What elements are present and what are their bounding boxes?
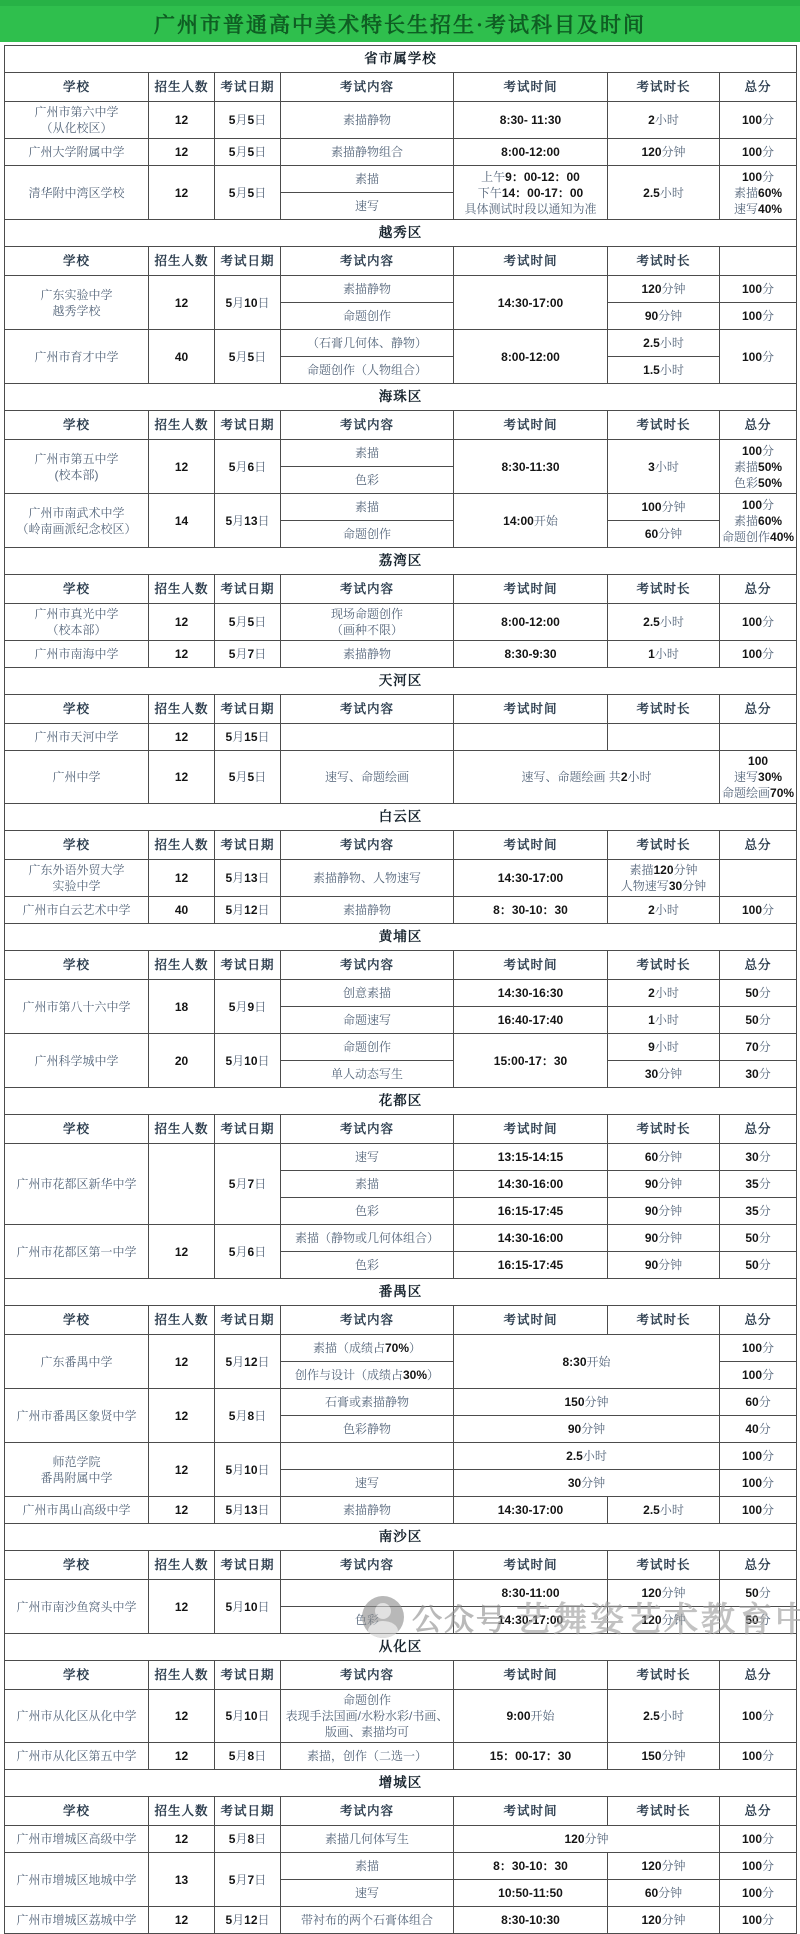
- cell: 1小时: [608, 641, 720, 668]
- column-header: 考试内容: [281, 1661, 454, 1690]
- cell: 素描: [281, 494, 454, 521]
- column-header: 考试时间: [454, 575, 608, 604]
- column-header: 考试时长: [608, 411, 720, 440]
- column-header: 考试日期: [215, 695, 281, 724]
- column-header: 考试内容: [281, 951, 454, 980]
- cell: 2.5小时: [608, 1690, 720, 1743]
- cell: 2.5小时: [608, 604, 720, 641]
- cell: 5月13日: [215, 860, 281, 897]
- cell: 12: [149, 1443, 215, 1497]
- column-header: 招生人数: [149, 1115, 215, 1144]
- table-row: 广州市第五中学 (校本部)125月6日素描8:30-11:303小时100分 素…: [5, 440, 797, 467]
- cell: 5月10日: [215, 1034, 281, 1088]
- cell: 5月10日: [215, 1443, 281, 1497]
- cell: 速写: [281, 1880, 454, 1907]
- cell: 90分钟: [608, 1198, 720, 1225]
- cell: 师范学院 番禺附属中学: [5, 1443, 149, 1497]
- column-header: 考试内容: [281, 695, 454, 724]
- cell: [720, 724, 797, 751]
- header-row: 学校招生人数考试日期考试内容考试时间考试时长总分: [5, 411, 797, 440]
- cell: 12: [149, 641, 215, 668]
- column-header: 考试日期: [215, 411, 281, 440]
- cell: 120分钟: [608, 1853, 720, 1880]
- header-row: 学校招生人数考试日期考试内容考试时间考试时长: [5, 247, 797, 276]
- cell: 14:00开始: [454, 494, 608, 548]
- column-header: 学校: [5, 575, 149, 604]
- cell: 石膏或素描静物: [281, 1389, 454, 1416]
- cell: 速写: [281, 193, 454, 220]
- cell: 40: [149, 330, 215, 384]
- cell: 100分: [720, 1470, 797, 1497]
- cell: 90分钟: [608, 303, 720, 330]
- cell: 15：00-17：30: [454, 1743, 608, 1770]
- column-header: 总分: [720, 695, 797, 724]
- cell: 14:30-17:00: [454, 276, 608, 330]
- cell: 8:00-12:00: [454, 139, 608, 166]
- column-header: 总分: [720, 1551, 797, 1580]
- cell: 素描: [281, 1171, 454, 1198]
- column-header: 考试内容: [281, 1551, 454, 1580]
- cell: 120分钟: [454, 1826, 720, 1853]
- cell: 2.5小时: [454, 1443, 720, 1470]
- column-header: 考试日期: [215, 951, 281, 980]
- cell: 12: [149, 440, 215, 494]
- cell: 创作与设计（成绩占30%）: [281, 1362, 454, 1389]
- cell: 30分钟: [454, 1470, 720, 1497]
- cell: 速写: [281, 1470, 454, 1497]
- cell: 广州市天河中学: [5, 724, 149, 751]
- column-header: 考试日期: [215, 1551, 281, 1580]
- column-header: 招生人数: [149, 831, 215, 860]
- column-header: 考试内容: [281, 1115, 454, 1144]
- column-header: 考试内容: [281, 73, 454, 102]
- column-header: 考试时长: [608, 1797, 720, 1826]
- cell: 广州市南海中学: [5, 641, 149, 668]
- header-row: 学校招生人数考试日期考试内容考试时间考试时长总分: [5, 1306, 797, 1335]
- cell: 14:30-17:00: [454, 1497, 608, 1524]
- cell: [454, 724, 608, 751]
- cell: 8:00-12:00: [454, 604, 608, 641]
- column-header: 考试时间: [454, 1661, 608, 1690]
- cell: 100分 素描60% 命题创作40%: [720, 494, 797, 548]
- column-header: 总分: [720, 1797, 797, 1826]
- column-header: 招生人数: [149, 1551, 215, 1580]
- district-title: 黄埔区: [5, 924, 797, 951]
- cell: 90分钟: [608, 1225, 720, 1252]
- cell: 35分: [720, 1198, 797, 1225]
- cell: 5月10日: [215, 1580, 281, 1634]
- cell: 60分钟: [608, 521, 720, 548]
- cell: [281, 724, 454, 751]
- table-row: 广东外语外贸大学 实验中学125月13日素描静物、人物速写14:30-17:00…: [5, 860, 797, 897]
- cell: 8:30-11:30: [454, 440, 608, 494]
- cell: 14:30-16:00: [454, 1171, 608, 1198]
- district-title: 白云区: [5, 804, 797, 831]
- cell: 5月7日: [215, 1853, 281, 1907]
- column-header: 总分: [720, 1661, 797, 1690]
- cell: 素描静物: [281, 102, 454, 139]
- column-header: 总分: [720, 575, 797, 604]
- district-row: 增城区: [5, 1770, 797, 1797]
- district-title: 天河区: [5, 668, 797, 695]
- column-header: 总分: [720, 411, 797, 440]
- cell: 广州市花都区新华中学: [5, 1144, 149, 1225]
- cell: 14:30-16:30: [454, 980, 608, 1007]
- cell: 50分: [720, 1580, 797, 1607]
- cell: 2小时: [608, 980, 720, 1007]
- cell: 色彩静物: [281, 1416, 454, 1443]
- header-row: 学校招生人数考试日期考试内容考试时间考试时长总分: [5, 73, 797, 102]
- cell: 100分 素描60% 速写40%: [720, 166, 797, 220]
- cell: 广州市南武术中学 （岭南画派纪念校区）: [5, 494, 149, 548]
- cell: 12: [149, 276, 215, 330]
- cell: 广州市番禺区象贤中学: [5, 1389, 149, 1443]
- cell: 150分钟: [608, 1743, 720, 1770]
- table-row: 广州市花都区新华中学5月7日速写13:15-14:1560分钟30分: [5, 1144, 797, 1171]
- district-title: 番禺区: [5, 1279, 797, 1306]
- cell: 命题创作 表现手法国画/水粉水彩/书画、 版画、素描均可: [281, 1690, 454, 1743]
- cell: 12: [149, 1335, 215, 1389]
- cell: 广州市禺山高级中学: [5, 1497, 149, 1524]
- table-row: 师范学院 番禺附属中学125月10日2.5小时100分: [5, 1443, 797, 1470]
- cell: 速写、命题绘画: [281, 751, 454, 804]
- cell: 广州市真光中学 （校本部）: [5, 604, 149, 641]
- column-header: 考试时间: [454, 1306, 608, 1335]
- column-header: 学校: [5, 247, 149, 276]
- column-header: 考试时长: [608, 695, 720, 724]
- cell: 素描几何体写生: [281, 1826, 454, 1853]
- column-header: 考试时长: [608, 951, 720, 980]
- column-header: 学校: [5, 1661, 149, 1690]
- cell: 35分: [720, 1171, 797, 1198]
- column-header: 考试时间: [454, 247, 608, 276]
- cell: 9小时: [608, 1034, 720, 1061]
- table-row: 广州大学附属中学125月5日素描静物组合8:00-12:00120分钟100分: [5, 139, 797, 166]
- cell: 创意素描: [281, 980, 454, 1007]
- cell: 广东外语外贸大学 实验中学: [5, 860, 149, 897]
- cell: 120分钟: [608, 139, 720, 166]
- cell: 13:15-14:15: [454, 1144, 608, 1171]
- cell: 5月5日: [215, 139, 281, 166]
- cell: 素描，创作（二选一）: [281, 1743, 454, 1770]
- column-header: 考试日期: [215, 1306, 281, 1335]
- cell: 命题创作（人物组合）: [281, 357, 454, 384]
- cell: 100分: [720, 1907, 797, 1934]
- table-row: 广州市真光中学 （校本部）125月5日现场命题创作 （画种不限）8:00-12:…: [5, 604, 797, 641]
- column-header: 学校: [5, 73, 149, 102]
- header-row: 学校招生人数考试日期考试内容考试时间考试时长总分: [5, 831, 797, 860]
- cell: 100分: [720, 303, 797, 330]
- cell: 1.5小时: [608, 357, 720, 384]
- cell: 8:00-12:00: [454, 330, 608, 384]
- cell: 速写: [281, 1144, 454, 1171]
- district-row: 从化区: [5, 1634, 797, 1661]
- column-header: 考试日期: [215, 831, 281, 860]
- cell: 5月8日: [215, 1389, 281, 1443]
- cell: 100分: [720, 1690, 797, 1743]
- cell: 100分: [720, 1743, 797, 1770]
- table-row: 广州中学125月5日速写、命题绘画速写、命题绘画 共2小时100 速写30% 命…: [5, 751, 797, 804]
- column-header: 招生人数: [149, 695, 215, 724]
- district-row: 海珠区: [5, 384, 797, 411]
- cell: 12: [149, 1907, 215, 1934]
- column-header: 招生人数: [149, 411, 215, 440]
- cell: 12: [149, 1225, 215, 1279]
- cell: 色彩: [281, 467, 454, 494]
- cell: 16:40-17:40: [454, 1007, 608, 1034]
- cell: 5月5日: [215, 102, 281, 139]
- cell: 12: [149, 751, 215, 804]
- cell: 8：30-10：30: [454, 897, 608, 924]
- district-row: 天河区: [5, 668, 797, 695]
- cell: 广州市南沙鱼窝头中学: [5, 1580, 149, 1634]
- cell: 带衬布的两个石膏体组合: [281, 1907, 454, 1934]
- column-header: 总分: [720, 73, 797, 102]
- cell: 16:15-17:45: [454, 1252, 608, 1279]
- cell: 素描（静物或几何体组合）: [281, 1225, 454, 1252]
- cell: 20: [149, 1034, 215, 1088]
- cell: 120分钟: [608, 1607, 720, 1634]
- cell: 40分: [720, 1416, 797, 1443]
- cell: 5月13日: [215, 494, 281, 548]
- cell: 8：30-10：30: [454, 1853, 608, 1880]
- cell: 8:30-9:30: [454, 641, 608, 668]
- column-header: 考试日期: [215, 1661, 281, 1690]
- cell: 广州科学城中学: [5, 1034, 149, 1088]
- table-row: 广东番禺中学125月12日素描（成绩占70%）8:30开始100分: [5, 1335, 797, 1362]
- table-row: 广州市禺山高级中学125月13日素描静物14:30-17:002.5小时100分: [5, 1497, 797, 1524]
- cell: 120分钟: [608, 1580, 720, 1607]
- cell: 40: [149, 897, 215, 924]
- cell: 色彩: [281, 1252, 454, 1279]
- column-header: 招生人数: [149, 73, 215, 102]
- column-header: 考试内容: [281, 1306, 454, 1335]
- cell: 12: [149, 604, 215, 641]
- cell: 广州中学: [5, 751, 149, 804]
- header-row: 学校招生人数考试日期考试内容考试时间考试时长总分: [5, 951, 797, 980]
- column-header: 考试日期: [215, 247, 281, 276]
- cell: 100分: [720, 604, 797, 641]
- cell: 30分: [720, 1144, 797, 1171]
- cell: [281, 1443, 454, 1470]
- column-header: 考试内容: [281, 247, 454, 276]
- district-row: 省市属学校: [5, 46, 797, 73]
- column-header: 总分: [720, 1115, 797, 1144]
- table-row: 广州科学城中学205月10日命题创作15:00-17：309小时70分: [5, 1034, 797, 1061]
- cell: 5月12日: [215, 1907, 281, 1934]
- cell: 素描: [281, 1853, 454, 1880]
- cell: 5月5日: [215, 166, 281, 220]
- cell: 1小时: [608, 1007, 720, 1034]
- cell: 单人动态写生: [281, 1061, 454, 1088]
- cell: 50分: [720, 1607, 797, 1634]
- cell: 100分: [720, 1853, 797, 1880]
- cell: 2.5小时: [608, 1497, 720, 1524]
- cell: 100分: [720, 1826, 797, 1853]
- cell: 100分: [720, 276, 797, 303]
- cell: 100分: [720, 1443, 797, 1470]
- cell: 12: [149, 166, 215, 220]
- cell: 2.5小时: [608, 166, 720, 220]
- cell: 广东实验中学 越秀学校: [5, 276, 149, 330]
- column-header: 学校: [5, 951, 149, 980]
- cell: 12: [149, 860, 215, 897]
- cell: 12: [149, 1743, 215, 1770]
- district-title: 省市属学校: [5, 46, 797, 73]
- district-row: 荔湾区: [5, 548, 797, 575]
- table-row: 广州市增城区荔城中学125月12日带衬布的两个石膏体组合8:30-10:3012…: [5, 1907, 797, 1934]
- cell: [149, 1144, 215, 1225]
- table-row: 广州市第八十六中学185月9日创意素描14:30-16:302小时50分: [5, 980, 797, 1007]
- column-header: 考试时间: [454, 1115, 608, 1144]
- cell: 100分 素描50% 色彩50%: [720, 440, 797, 494]
- column-header: 考试内容: [281, 411, 454, 440]
- column-header: 学校: [5, 1306, 149, 1335]
- cell: 12: [149, 724, 215, 751]
- cell: 2小时: [608, 102, 720, 139]
- cell: 8:30- 11:30: [454, 102, 608, 139]
- cell: 广州市白云艺术中学: [5, 897, 149, 924]
- column-header: 考试时间: [454, 831, 608, 860]
- table-row: 广州市白云艺术中学405月12日素描静物8：30-10：302小时100分: [5, 897, 797, 924]
- cell: 15:00-17：30: [454, 1034, 608, 1088]
- cell: 5月12日: [215, 897, 281, 924]
- cell: 12: [149, 1690, 215, 1743]
- header-row: 学校招生人数考试日期考试内容考试时间考试时长总分: [5, 1115, 797, 1144]
- cell: 18: [149, 980, 215, 1034]
- cell: 14: [149, 494, 215, 548]
- cell: 100分: [720, 330, 797, 384]
- column-header: 总分: [720, 1306, 797, 1335]
- cell: 5月6日: [215, 1225, 281, 1279]
- column-header: 考试时长: [608, 1115, 720, 1144]
- cell: [281, 1580, 454, 1607]
- cell: 素描静物: [281, 1497, 454, 1524]
- cell: 广州市第五中学 (校本部): [5, 440, 149, 494]
- column-header: 考试时间: [454, 73, 608, 102]
- district-row: 南沙区: [5, 1524, 797, 1551]
- cell: 120分钟: [608, 276, 720, 303]
- header-row: 学校招生人数考试日期考试内容考试时间考试时长总分: [5, 1797, 797, 1826]
- cell: 5月12日: [215, 1335, 281, 1389]
- cell: 50分: [720, 1225, 797, 1252]
- cell: 30分钟: [608, 1061, 720, 1088]
- district-title: 海珠区: [5, 384, 797, 411]
- cell: 9:00开始: [454, 1690, 608, 1743]
- column-header: 招生人数: [149, 951, 215, 980]
- district-row: 白云区: [5, 804, 797, 831]
- cell: 命题速写: [281, 1007, 454, 1034]
- column-header: 考试日期: [215, 1797, 281, 1826]
- cell: 12: [149, 102, 215, 139]
- table-row: 广州市从化区从化中学125月10日命题创作 表现手法国画/水粉水彩/书画、 版画…: [5, 1690, 797, 1743]
- cell: 广州市从化区从化中学: [5, 1690, 149, 1743]
- cell: 素描（成绩占70%）: [281, 1335, 454, 1362]
- cell: 广州市增城区荔城中学: [5, 1907, 149, 1934]
- cell: 12: [149, 1826, 215, 1853]
- cell: 12: [149, 139, 215, 166]
- column-header: 考试时长: [608, 831, 720, 860]
- cell: 5月5日: [215, 751, 281, 804]
- column-header: 招生人数: [149, 1661, 215, 1690]
- cell: 色彩: [281, 1607, 454, 1634]
- cell: 14:30-16:00: [454, 1225, 608, 1252]
- header-row: 学校招生人数考试日期考试内容考试时间考试时长总分: [5, 695, 797, 724]
- column-header: 学校: [5, 831, 149, 860]
- cell: 命题创作: [281, 1034, 454, 1061]
- cell: 90分钟: [608, 1252, 720, 1279]
- cell: 3小时: [608, 440, 720, 494]
- cell: 90分钟: [608, 1171, 720, 1198]
- cell: 70分: [720, 1034, 797, 1061]
- cell: 素描静物: [281, 276, 454, 303]
- table-row: 广州市从化区第五中学125月8日素描，创作（二选一）15：00-17：30150…: [5, 1743, 797, 1770]
- column-header: 考试内容: [281, 575, 454, 604]
- table-row: 广州市增城区地城中学135月7日素描8：30-10：30120分钟100分: [5, 1853, 797, 1880]
- column-header: 考试内容: [281, 831, 454, 860]
- column-header: 招生人数: [149, 1797, 215, 1826]
- cell: 50分: [720, 1007, 797, 1034]
- cell: 广东番禺中学: [5, 1335, 149, 1389]
- cell: [720, 860, 797, 897]
- cell: 100分: [720, 1497, 797, 1524]
- cell: 60分钟: [608, 1144, 720, 1171]
- cell: 90分钟: [454, 1416, 720, 1443]
- district-title: 南沙区: [5, 1524, 797, 1551]
- district-row: 番禺区: [5, 1279, 797, 1306]
- cell: 清华附中湾区学校: [5, 166, 149, 220]
- cell: 广州市增城区地城中学: [5, 1853, 149, 1907]
- column-header: 总分: [720, 951, 797, 980]
- column-header: 考试时间: [454, 1551, 608, 1580]
- cell: 50分: [720, 980, 797, 1007]
- district-row: 越秀区: [5, 220, 797, 247]
- header-row: 学校招生人数考试日期考试内容考试时间考试时长总分: [5, 1551, 797, 1580]
- column-header: 考试时长: [608, 1306, 720, 1335]
- cell: 100分: [720, 897, 797, 924]
- column-header: 考试时间: [454, 411, 608, 440]
- column-header: 总分: [720, 831, 797, 860]
- cell: 上午9：00-12：00 下午14：00-17：00 具体测试时段以通知为准: [454, 166, 608, 220]
- cell: 10:50-11:50: [454, 1880, 608, 1907]
- cell: 广州市增城区高级中学: [5, 1826, 149, 1853]
- cell: 150分钟: [454, 1389, 720, 1416]
- column-header: 考试时间: [454, 695, 608, 724]
- cell: 5月10日: [215, 276, 281, 330]
- cell: 素描静物、人物速写: [281, 860, 454, 897]
- district-row: 花都区: [5, 1088, 797, 1115]
- cell: 广州市第八十六中学: [5, 980, 149, 1034]
- district-title: 花都区: [5, 1088, 797, 1115]
- column-header: 招生人数: [149, 575, 215, 604]
- cell: 5月8日: [215, 1743, 281, 1770]
- cell: 5月5日: [215, 330, 281, 384]
- cell: 广州市从化区第五中学: [5, 1743, 149, 1770]
- cell: 广州大学附属中学: [5, 139, 149, 166]
- column-header: 学校: [5, 695, 149, 724]
- column-header: 考试内容: [281, 1797, 454, 1826]
- district-title: 增城区: [5, 1770, 797, 1797]
- table-row: 广州市番禺区象贤中学125月8日石膏或素描静物150分钟60分: [5, 1389, 797, 1416]
- column-header: 考试日期: [215, 575, 281, 604]
- cell: 120分钟: [608, 1907, 720, 1934]
- cell: 60分: [720, 1389, 797, 1416]
- cell: 8:30-11:00: [454, 1580, 608, 1607]
- page-title: 广州市普通高中美术特长生招生·考试科目及时间: [154, 9, 646, 39]
- cell: 14:30-17:00: [454, 860, 608, 897]
- column-header: 招生人数: [149, 247, 215, 276]
- column-header: 考试时长: [608, 575, 720, 604]
